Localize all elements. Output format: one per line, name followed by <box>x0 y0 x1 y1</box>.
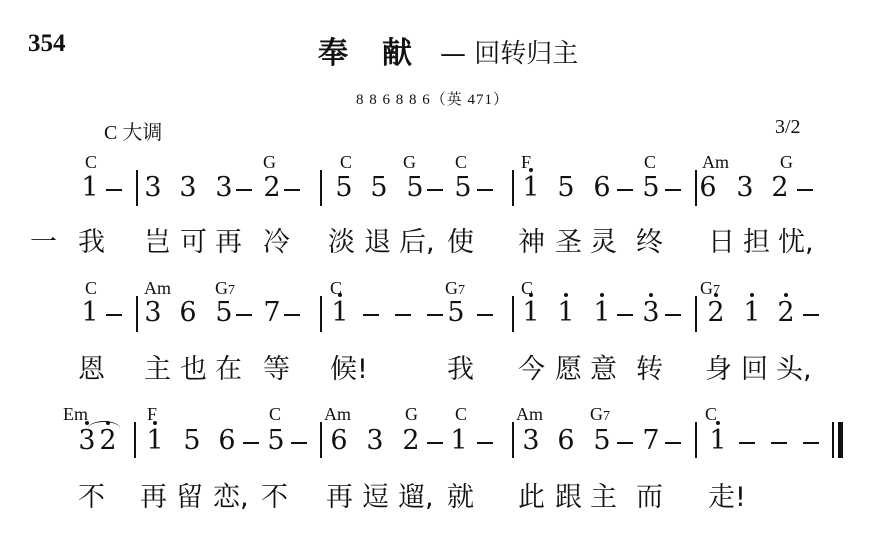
lyric-syllable: 冷 <box>263 229 290 256</box>
lyric-syllable: 一 <box>30 229 57 256</box>
chord-symbol: C <box>340 153 352 171</box>
lyric-syllable: 恩 <box>78 356 105 383</box>
chord-symbol: G7 <box>590 405 610 424</box>
duration-dash <box>427 189 443 191</box>
hymn-title: 奉 献 <box>318 28 414 72</box>
lyric-syllable: 候! <box>330 356 368 383</box>
duration-dash <box>236 314 252 316</box>
slur-tie <box>88 421 120 436</box>
meter-info: 8 8 6 8 8 6（英 471） <box>356 88 509 109</box>
note: 5 <box>266 427 286 454</box>
lyric-syllable: 我 <box>447 356 474 383</box>
final-bar-thin <box>832 422 834 458</box>
duration-dash <box>477 189 493 191</box>
bar-line <box>695 170 697 206</box>
final-bar-thick <box>838 422 843 458</box>
note: 7 <box>262 299 282 326</box>
chord-symbol: G <box>403 153 416 171</box>
duration-dash <box>427 442 443 444</box>
bar-line <box>512 296 514 332</box>
note: 2 <box>401 427 421 454</box>
lyric-syllable: 意 <box>590 356 617 383</box>
lyric-syllable: 担 <box>743 229 770 256</box>
note: 2 <box>706 299 726 326</box>
lyric-syllable: 等 <box>263 356 290 383</box>
note: 7 <box>641 427 661 454</box>
lyric-syllable: 恋, <box>213 484 249 511</box>
lyric-syllable: 头, <box>776 356 812 383</box>
duration-dash <box>395 314 411 316</box>
lyric-syllable: 神 <box>518 229 545 256</box>
lyric-syllable: 而 <box>636 484 663 511</box>
note: 1 <box>521 174 541 201</box>
duration-dash <box>617 314 633 316</box>
chord-symbol: Am <box>516 405 543 423</box>
chord-symbol: C <box>644 153 656 171</box>
note: 6 <box>178 299 198 326</box>
chord-symbol: Am <box>324 405 351 423</box>
duration-dash <box>477 314 493 316</box>
duration-dash <box>617 442 633 444</box>
note: 1 <box>521 299 541 326</box>
chord-symbol: G <box>405 405 418 423</box>
lyric-syllable: 可 <box>180 229 207 256</box>
lyric-syllable: 主 <box>144 356 171 383</box>
chord-symbol: G7 <box>215 279 235 298</box>
lyric-syllable: 灵 <box>590 229 617 256</box>
note: 3 <box>521 427 541 454</box>
chord-symbol: C <box>455 405 467 423</box>
duration-dash <box>427 314 443 316</box>
duration-dash <box>665 442 681 444</box>
note: 3 <box>214 174 234 201</box>
note: 5 <box>182 427 202 454</box>
duration-dash <box>771 442 787 444</box>
lyric-syllable: 终 <box>636 229 663 256</box>
lyric-syllable: 回 <box>741 356 768 383</box>
bar-line <box>512 170 514 206</box>
note: 3 <box>735 174 755 201</box>
note: 1 <box>80 299 100 326</box>
lyric-syllable: 此 <box>518 484 545 511</box>
duration-dash <box>291 442 307 444</box>
duration-dash <box>797 189 813 191</box>
note: 5 <box>405 174 425 201</box>
note: 1 <box>330 299 350 326</box>
duration-dash <box>236 189 252 191</box>
note: 3 <box>143 174 163 201</box>
bar-line <box>320 422 322 458</box>
duration-dash <box>477 442 493 444</box>
bar-line <box>136 296 138 332</box>
lyric-syllable: 我 <box>78 229 105 256</box>
lyric-syllable: 再 <box>326 484 353 511</box>
bar-line <box>695 422 697 458</box>
lyric-syllable: 再 <box>140 484 167 511</box>
duration-dash <box>243 442 259 444</box>
lyric-syllable: 遛, <box>398 484 434 511</box>
note: 5 <box>369 174 389 201</box>
note: 3 <box>178 174 198 201</box>
duration-dash <box>739 442 755 444</box>
note: 1 <box>80 174 100 201</box>
chord-symbol: C <box>455 153 467 171</box>
note: 3 <box>143 299 163 326</box>
note: 5 <box>453 174 473 201</box>
duration-dash <box>106 189 122 191</box>
chord-symbol: C <box>705 405 717 423</box>
note: 6 <box>329 427 349 454</box>
lyric-syllable: 身 <box>705 356 732 383</box>
chord-symbol: Am <box>702 153 729 171</box>
note: 3 <box>641 299 661 326</box>
note: 6 <box>698 174 718 201</box>
lyric-syllable: 退 <box>364 229 391 256</box>
duration-dash <box>665 189 681 191</box>
note: 6 <box>556 427 576 454</box>
note: 5 <box>592 427 612 454</box>
bar-line <box>512 422 514 458</box>
chord-symbol: C <box>269 405 281 423</box>
chord-symbol: C <box>85 279 97 297</box>
bar-line <box>136 170 138 206</box>
note: 5 <box>641 174 661 201</box>
duration-dash <box>803 314 819 316</box>
note: 6 <box>592 174 612 201</box>
chord-symbol: Am <box>144 279 171 297</box>
chord-symbol: G <box>780 153 793 171</box>
note: 5 <box>556 174 576 201</box>
lyric-syllable: 后, <box>399 229 435 256</box>
note: 5 <box>334 174 354 201</box>
lyric-syllable: 逗 <box>362 484 389 511</box>
key-signature: C 大调 <box>104 116 162 145</box>
lyric-syllable: 不 <box>78 484 105 511</box>
lyric-syllable: 就 <box>447 484 474 511</box>
note: 2 <box>770 174 790 201</box>
duration-dash <box>106 314 122 316</box>
note: 1 <box>742 299 762 326</box>
note: 1 <box>592 299 612 326</box>
lyric-syllable: 也 <box>180 356 207 383</box>
lyric-syllable: 圣 <box>555 229 582 256</box>
lyric-syllable: 跟 <box>555 484 582 511</box>
lyric-syllable: 忧, <box>778 229 814 256</box>
duration-dash <box>363 314 379 316</box>
note: 3 <box>365 427 385 454</box>
bar-line <box>320 170 322 206</box>
lyric-syllable: 淡 <box>328 229 355 256</box>
chord-symbol: G7 <box>445 279 465 298</box>
lyric-syllable: 岂 <box>144 229 171 256</box>
bar-line <box>695 296 697 332</box>
lyric-syllable: 留 <box>176 484 203 511</box>
note: 1 <box>145 427 165 454</box>
note: 5 <box>214 299 234 326</box>
note: 2 <box>262 174 282 201</box>
chord-symbol: Em <box>63 405 88 423</box>
note: 1 <box>708 427 728 454</box>
note: 1 <box>449 427 469 454</box>
lyric-syllable: 今 <box>518 356 545 383</box>
lyric-syllable: 再 <box>215 229 242 256</box>
note: 6 <box>217 427 237 454</box>
lyric-syllable: 转 <box>636 356 663 383</box>
lyric-syllable: 在 <box>215 356 242 383</box>
hymn-subtitle: — 回转归主 <box>440 33 578 70</box>
duration-dash <box>803 442 819 444</box>
duration-dash <box>617 189 633 191</box>
lyric-syllable: 日 <box>708 229 735 256</box>
note: 2 <box>776 299 796 326</box>
lyric-syllable: 愿 <box>555 356 582 383</box>
lyric-syllable: 不 <box>261 484 288 511</box>
chord-symbol: C <box>85 153 97 171</box>
duration-dash <box>665 314 681 316</box>
chord-symbol: G <box>263 153 276 171</box>
time-signature: 3/2 <box>775 116 801 139</box>
lyric-syllable: 走! <box>708 484 746 511</box>
duration-dash <box>284 189 300 191</box>
lyric-syllable: 主 <box>590 484 617 511</box>
duration-dash <box>284 314 300 316</box>
bar-line <box>320 296 322 332</box>
hymn-number: 354 <box>28 30 66 58</box>
lyric-syllable: 使 <box>447 229 474 256</box>
bar-line <box>134 422 136 458</box>
note: 5 <box>446 299 466 326</box>
note: 1 <box>556 299 576 326</box>
